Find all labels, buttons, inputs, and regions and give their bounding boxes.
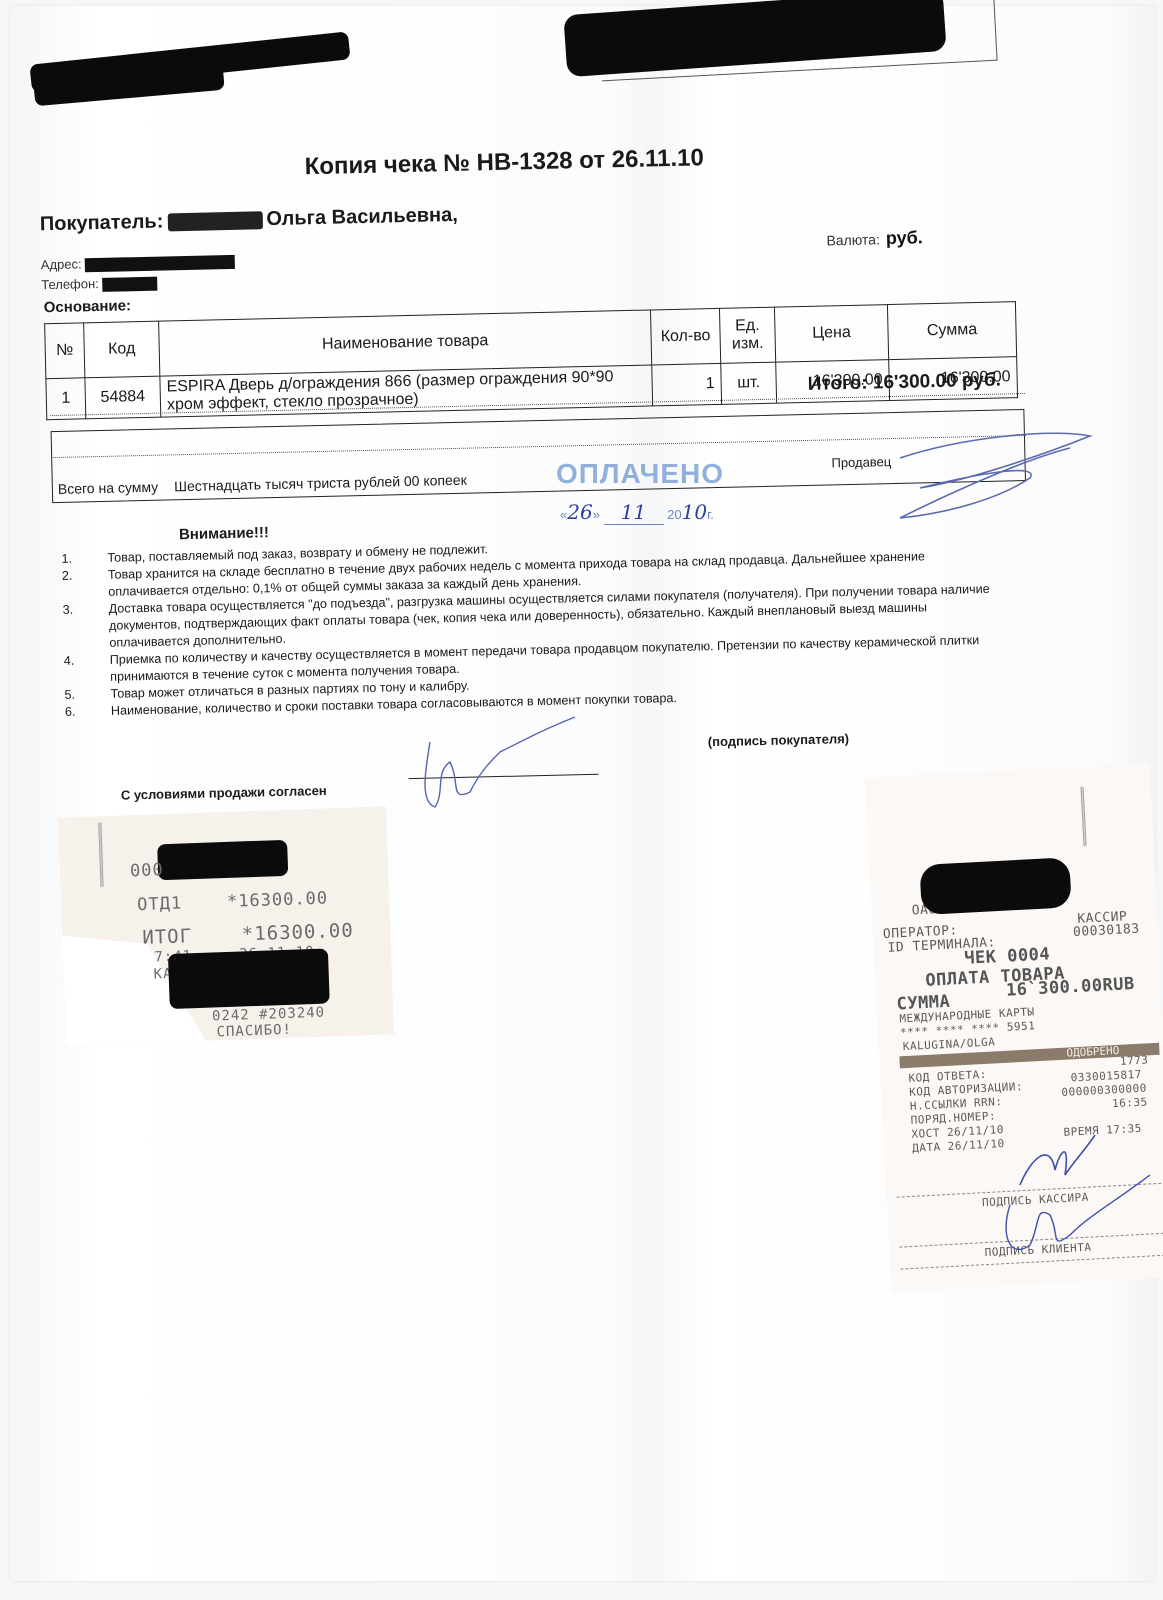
currency-value: руб. xyxy=(886,227,923,248)
col-unit: Ед. изм. xyxy=(719,307,775,363)
agree-label: С условиями продажи согласен xyxy=(121,783,327,803)
stamp-year-suffix: 10 xyxy=(682,500,707,524)
items-table: № Код Наименование товара Кол-во Ед. изм… xyxy=(44,301,1018,420)
buyer-signature xyxy=(400,712,600,822)
phone-line: Телефон: xyxy=(41,275,157,293)
total-label: Итого: xyxy=(807,373,867,395)
col-qty: Кол-во xyxy=(650,308,720,365)
buyer-label: Покупатель: xyxy=(40,211,164,236)
staple xyxy=(98,822,103,887)
stamp-month-field: 11 xyxy=(604,500,664,525)
terms-heading: Внимание!!! xyxy=(179,524,269,543)
staple xyxy=(1080,786,1086,846)
receipt-line: 000 xyxy=(130,860,164,881)
cell-no: 1 xyxy=(46,378,86,420)
cash-receipt: 000 ОТД1 *16300.00 ИТОГ *16300.00 17:41 … xyxy=(58,806,394,1045)
term-number: 2. xyxy=(62,567,109,602)
receipt-line: ИТОГ *16300.00 xyxy=(142,920,354,949)
slip-value: 16:35 xyxy=(1112,1095,1148,1110)
buyer-signature-label: (подпись покупателя) xyxy=(708,731,850,749)
invoice-content: Копия чека № НВ-1328 от 26.11.10 Покупат… xyxy=(0,0,1163,812)
address-line: Адрес: xyxy=(41,253,236,273)
stamp-year-prefix: 20 xyxy=(667,507,681,522)
redacted-surname xyxy=(167,211,262,231)
term-number: 5. xyxy=(64,686,110,704)
redacted-merchant xyxy=(919,857,1071,915)
redacted-receipt-body xyxy=(168,948,330,1009)
term-number: 4. xyxy=(64,652,111,687)
receipt-line: ОТД1 *16300.00 xyxy=(137,888,329,915)
slip-value: 1773 xyxy=(1120,1053,1149,1067)
total-value: 16'300.00 руб. xyxy=(873,370,1001,394)
redacted-address xyxy=(85,254,235,271)
col-code: Код xyxy=(84,321,160,378)
stamp-date: «26» 11 2010г. xyxy=(560,500,714,525)
total: Итого: 16'300.00 руб. xyxy=(807,370,1001,396)
receipt-line: СПАСИБО! xyxy=(197,1022,292,1041)
stamp-day: 26 xyxy=(567,500,592,524)
currency: Валюта:руб. xyxy=(826,227,923,250)
buyer-line: Покупатель:Ольга Васильевна, xyxy=(40,204,458,236)
currency-label: Валюта: xyxy=(826,231,880,248)
term-number: 6. xyxy=(65,703,111,721)
stamp-year-mark: г. xyxy=(707,507,714,522)
col-price: Цена xyxy=(774,305,888,363)
document-title: Копия чека № НВ-1328 от 26.11.10 xyxy=(304,144,704,181)
buyer-name: Ольга Васильевна, xyxy=(266,204,458,230)
total-words-label: Всего на сумму xyxy=(58,479,159,497)
col-sum: Сумма xyxy=(887,302,1016,360)
terms-list: 1.Товар, поставляемый под заказ, возврат… xyxy=(61,530,1005,721)
term-number: 3. xyxy=(62,601,109,653)
client-signature xyxy=(990,1165,1160,1275)
seller-signature xyxy=(880,418,1100,528)
term-number: 1. xyxy=(61,550,107,568)
slip-value: 00030183 xyxy=(1073,922,1140,940)
stamp-month: 11 xyxy=(621,500,646,524)
redacted-phone xyxy=(102,276,157,291)
basis-label: Основание: xyxy=(44,297,132,316)
address-label: Адрес: xyxy=(41,256,82,272)
paid-stamp: ОПЛАЧЕНО xyxy=(556,458,724,490)
col-no: № xyxy=(45,323,85,379)
redacted-receipt-header xyxy=(157,840,288,881)
phone-label: Телефон: xyxy=(41,276,99,292)
